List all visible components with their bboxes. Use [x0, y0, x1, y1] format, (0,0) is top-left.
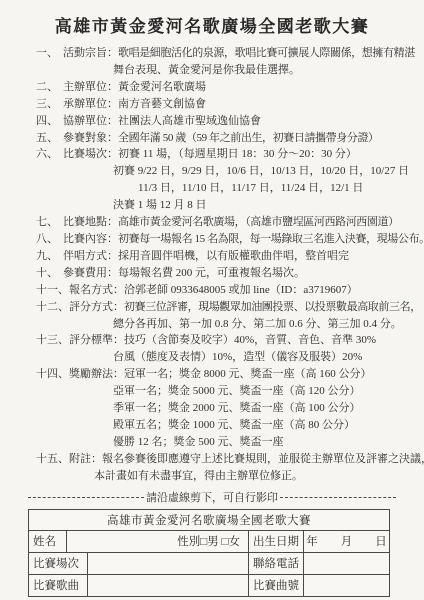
item-text: 技巧（含節奏及咬字）40%，音質、音色、音準 30%: [124, 332, 376, 349]
item-text: 初賽三位評審，現場觀眾加油團投票、以投票數最高取前三名，: [124, 299, 421, 316]
item-label: 評分方式：: [69, 299, 124, 316]
item-label: 參賽費用：: [63, 265, 118, 282]
form-row-name: 姓名 性別□男 □女 出生日期 年 月 日: [29, 530, 389, 552]
scanned-document: 高雄市黃金愛河名歌廣場全國老歌大賽 一、活動宗旨：歌唱是細胞活化的泉源，歌唱比賽…: [0, 0, 424, 600]
dashed-line: [28, 497, 144, 498]
item-label: 伴唱方式：: [63, 248, 118, 265]
list-item: 一、活動宗旨：歌唱是細胞活化的泉源，歌唱比賽可擴展人際關係，想擁有精湛 舞台表現…: [36, 45, 418, 79]
cut-along-dotted-line: 請沿虛線剪下，可自行影印: [28, 489, 396, 505]
item-label: 主辦單位：: [63, 79, 118, 96]
phone-field[interactable]: [303, 553, 389, 574]
item-text: 黃金愛河名歌廣場: [118, 79, 206, 96]
item-label: 參賽對象：: [63, 130, 118, 147]
list-item: 二、主辦單位：黃金愛河名歌廣場: [36, 79, 418, 96]
list-item: 十、參賽費用：每場報名費 200 元，可重複報名場次。: [36, 265, 418, 282]
song-number-field[interactable]: [303, 575, 389, 596]
item-text: 台風（態度及表情）10%，造型（儀容及服裝）20%: [113, 349, 418, 366]
item-text: 初賽每一場報名 15 名為限，每一場錄取三名進入決賽，現場公布。: [118, 231, 424, 248]
form-row-song: 比賽歌曲 比賽曲號: [29, 574, 389, 596]
item-text: 總分各再加、第一加 0.8 分、第二加 0.6 分、第三加 0.4 分。: [113, 316, 418, 333]
item-text: 高雄市黃金愛河名歌廣場，（高雄市鹽埕區河西路河西園道）: [118, 214, 399, 231]
item-text: 每場報名費 200 元，可重複報名場次。: [118, 265, 305, 282]
item-text: 社團法人高雄市聖域逸仙協會: [118, 113, 261, 130]
item-number: 六、: [36, 146, 63, 163]
item-text: 初賽 9/22 日，9/29 日，10/6 日，10/13 日，10/20 日，…: [113, 163, 418, 180]
item-text: 初賽 11 場，（每週星期日 18：30 分～20：30 分）: [118, 146, 357, 163]
phone-label: 聯絡電話: [248, 553, 303, 574]
item-label: 附註：: [69, 451, 102, 468]
item-number: 二、: [36, 79, 63, 96]
item-label: 報名方式：: [69, 282, 124, 299]
item-text: 南方音藝文創協會: [118, 96, 206, 113]
list-item: 十五、附註：報名參賽後即應遵守上述比賽規則，並服從主辦單位及評審之決議， 本計畫…: [36, 451, 418, 485]
item-number: 十、: [36, 265, 63, 282]
rules-list: 一、活動宗旨：歌唱是細胞活化的泉源，歌唱比賽可擴展人際關係，想擁有精湛 舞台表現…: [36, 45, 418, 485]
item-number: 八、: [36, 231, 63, 248]
item-label: 承辦單位：: [63, 96, 118, 113]
song-label: 比賽歌曲: [29, 575, 87, 596]
list-item: 三、承辦單位：南方音藝文創協會: [36, 96, 418, 113]
item-text: 亞軍一名；獎金 5000 元、獎盃一座（高 120 公分）: [113, 383, 418, 400]
list-item: 五、參賽對象：全國年滿 50 歲（59 年之前出生，初賽日請攜帶身分證）: [36, 130, 418, 147]
list-item: 十二、評分方式：初賽三位評審，現場觀眾加油團投票、以投票數最高取前三名， 總分各…: [36, 299, 418, 333]
song-number-label: 比賽曲號: [248, 575, 303, 596]
page-title: 高雄市黃金愛河名歌廣場全國老歌大賽: [0, 12, 424, 37]
dob-field[interactable]: 年 月 日: [303, 531, 389, 552]
item-number: 七、: [36, 214, 63, 231]
item-number: 五、: [36, 130, 63, 147]
form-row-session: 比賽場次 聯絡電話: [29, 552, 389, 574]
item-text: 11/3 日，11/10 日，11/17 日，11/24 日，12/1 日: [138, 180, 418, 197]
item-number: 十四、: [36, 366, 69, 383]
name-label: 姓名: [29, 531, 66, 552]
item-text: 報名參賽後即應遵守上述比賽規則，並服從主辦單位及評審之決議，: [102, 451, 424, 468]
item-number: 十三、: [36, 332, 69, 349]
registration-form: 高雄市黃金愛河名歌廣場全國老歌大賽 姓名 性別□男 □女 出生日期 年 月 日 …: [28, 509, 390, 597]
item-label: 比賽地點：: [63, 214, 118, 231]
item-number: 十一、: [36, 282, 69, 299]
session-label: 比賽場次: [29, 553, 87, 574]
item-label: 比賽場次：: [63, 146, 118, 163]
item-text: 本計畫如有未盡事宜，得由主辦單位修正。: [94, 468, 418, 485]
item-label: 活動宗旨：: [63, 45, 118, 62]
item-label: 比賽內容：: [63, 231, 118, 248]
list-item: 十三、評分標準：技巧（含節奏及咬字）40%，音質、音色、音準 30% 台風（態度…: [36, 332, 418, 366]
list-item: 十四、獎勵辦法：冠軍一名；獎金 8000 元、獎盃一座（高 160 公分） 亞軍…: [36, 366, 418, 451]
list-item: 九、伴唱方式：採用音圓伴唱機，以有版權歌曲伴唱，整首唱完: [36, 248, 418, 265]
list-item: 四、協辦單位：社團法人高雄市聖域逸仙協會: [36, 113, 418, 130]
item-number: 一、: [36, 45, 63, 62]
list-item: 八、比賽內容：初賽每一場報名 15 名為限，每一場錄取三名進入決賽，現場公布。: [36, 231, 418, 248]
session-field[interactable]: [87, 553, 248, 574]
item-text: 歌唱是細胞活化的泉源，歌唱比賽可擴展人際關係，想擁有精湛: [118, 45, 415, 62]
item-text: 洽郭老師 0933648005 或加 line（ID：a3719607）: [124, 282, 358, 299]
cut-line-text: 請沿虛線剪下，可自行影印: [144, 489, 280, 505]
song-field[interactable]: [87, 575, 248, 596]
item-number: 九、: [36, 248, 63, 265]
list-item: 十一、報名方式：洽郭老師 0933648005 或加 line（ID：a3719…: [36, 282, 418, 299]
item-text: 全國年滿 50 歲（59 年之前出生，初賽日請攜帶身分證）: [118, 130, 379, 147]
item-number: 十二、: [36, 299, 69, 316]
form-title: 高雄市黃金愛河名歌廣場全國老歌大賽: [29, 510, 389, 530]
item-text: 冠軍一名；獎金 8000 元、獎盃一座（高 160 公分）: [124, 366, 372, 383]
item-label: 獎勵辦法：: [69, 366, 124, 383]
list-item: 六、比賽場次：初賽 11 場，（每週星期日 18：30 分～20：30 分） 初…: [36, 146, 418, 214]
item-number: 三、: [36, 96, 63, 113]
item-label: 協辦單位：: [63, 113, 118, 130]
item-text: 殿軍五名；獎金 1000 元、獎盃一座（高 80 公分）: [113, 417, 418, 434]
name-gender-field[interactable]: 性別□男 □女: [66, 531, 248, 552]
dob-label: 出生日期: [248, 531, 303, 552]
item-text: 季軍一名；獎金 2000 元、獎盃一座（高 100 公分）: [113, 400, 418, 417]
item-text: 舞台表現、黃金愛河是你我最佳選擇。: [113, 62, 418, 79]
item-label: 評分標準：: [69, 332, 124, 349]
item-number: 十五、: [36, 451, 69, 468]
item-number: 四、: [36, 113, 63, 130]
item-text: 決賽 1 場 12 月 8 日: [113, 197, 418, 214]
dashed-line: [280, 497, 396, 498]
item-text: 優勝 12 名；獎金 500 元、獎盃一座: [113, 434, 418, 451]
list-item: 七、比賽地點：高雄市黃金愛河名歌廣場，（高雄市鹽埕區河西路河西園道）: [36, 214, 418, 231]
item-text: 採用音圓伴唱機，以有版權歌曲伴唱，整首唱完: [118, 248, 349, 265]
